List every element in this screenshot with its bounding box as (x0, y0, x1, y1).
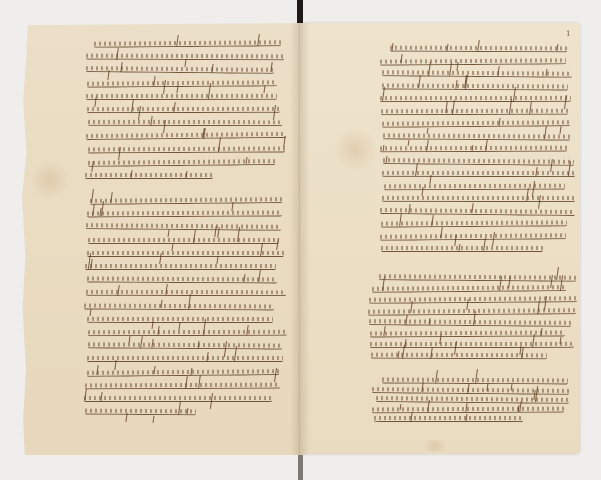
manuscript-line (87, 368, 279, 377)
manuscript-line (88, 329, 287, 336)
manuscript-line (372, 386, 569, 395)
manuscript-line (88, 342, 282, 350)
manuscript-photo: 1 (0, 0, 601, 480)
manuscript-line (84, 302, 274, 310)
manuscript-line (381, 107, 568, 114)
manuscript-line (381, 219, 567, 227)
manuscript-line (380, 95, 571, 102)
manuscript-line (85, 381, 280, 389)
manuscript-line (383, 157, 574, 166)
paper-stain (420, 440, 450, 452)
manuscript-line (88, 237, 279, 244)
manuscript-line (88, 145, 285, 153)
manuscript-line (374, 415, 523, 422)
manuscript-line (87, 250, 284, 257)
manuscript-line (86, 289, 286, 296)
folio-number: 1 (566, 30, 570, 38)
manuscript-line (370, 341, 574, 348)
manuscript-line (381, 245, 543, 252)
gutter (290, 23, 310, 455)
manuscript-line (368, 307, 576, 315)
book-spine-bottom (298, 455, 303, 480)
manuscript-line (382, 82, 568, 90)
manuscript-line (87, 355, 283, 362)
manuscript-line (384, 182, 565, 190)
manuscript-line (380, 57, 566, 65)
manuscript-line (87, 276, 277, 284)
manuscript-line (382, 170, 575, 177)
manuscript-line (370, 329, 565, 337)
manuscript-line (87, 79, 277, 87)
manuscript-line (87, 210, 282, 218)
paper-stain (330, 130, 380, 170)
manuscript-line (88, 119, 282, 126)
manuscript-line (86, 93, 277, 100)
book-spine-top (297, 0, 303, 24)
manuscript-line (94, 39, 281, 48)
manuscript-line (84, 395, 272, 402)
manuscript-line (87, 106, 280, 113)
manuscript-line (85, 172, 213, 179)
letter-stroke (186, 408, 188, 414)
manuscript-line (382, 195, 575, 202)
letter-stroke (428, 318, 430, 325)
paper-stain (30, 160, 70, 200)
manuscript-line (380, 232, 566, 241)
manuscript-line (369, 318, 571, 327)
manuscript-line (383, 132, 570, 140)
manuscript-line (85, 263, 276, 270)
manuscript-line (372, 405, 565, 413)
